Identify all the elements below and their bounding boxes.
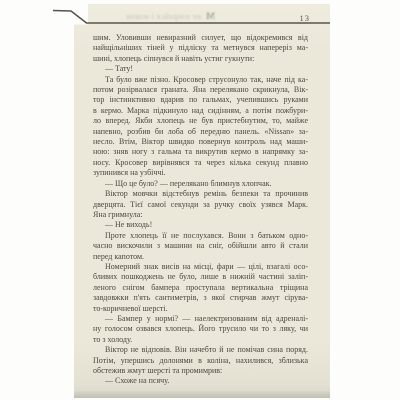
text-line: ну голосом озвався хлопець. Його трусило… — [93, 324, 308, 334]
ghost-running-title: М не озирайся і мовчи — [95, 11, 215, 23]
text-line: леного снігом бампера проступала вертика… — [93, 283, 308, 293]
text-line: дверцята. Тієї самої секунди за ручку св… — [93, 200, 308, 210]
text-line: обстежив жмут шерсті та промимрив: — [93, 366, 308, 376]
text-line: в кермо. Марка підкинуло над сидінням, а… — [93, 106, 308, 116]
page-edge-shadow — [74, 391, 330, 398]
ghost-publisher-logo: М — [206, 11, 215, 23]
text-line: несло. Втім, Віктор швидко повернув конт… — [93, 137, 308, 147]
text-line: зупинився на узбіччі. — [93, 168, 308, 178]
text-line: то з холоду. — [93, 335, 308, 345]
text-line: Та було вже пізно. Кросовер струсонуло т… — [93, 75, 308, 85]
text-line: потом розірвалася граната. Яна перелякан… — [93, 85, 308, 95]
text-line: Потім, упершись долонями в коліна, нахил… — [93, 356, 308, 366]
text-line: часно вискочили з машини на сніг, обійшл… — [93, 241, 308, 251]
text-line: носу. Кросовер вирівнявся та через кільк… — [93, 158, 308, 168]
text-line: завдовжки п'ять сантиметрів, з якої стир… — [93, 293, 308, 303]
text-line: бливих пошкоджень не було, лише в нижній… — [93, 272, 308, 282]
text-line: то-коричневої шерсті. — [93, 304, 308, 314]
book-page: М не озирайся і мовчи 13 шим. Уловивши н… — [74, 4, 330, 398]
text-line: — Що це було? — перелякано блимнув хлопч… — [93, 179, 308, 189]
text-block: шим. Уловивши невиразний силует, що відо… — [93, 33, 308, 387]
text-line: — Бампер у нормі? — наелектризованим від… — [93, 314, 308, 324]
text-line: Віктор мовчки відстебнув ремінь безпеки … — [93, 189, 308, 199]
text-line: Проте хлопець її не послухався. Вони з б… — [93, 231, 308, 241]
text-line: шим. Уловивши невиразний силует, що відо… — [93, 33, 308, 43]
text-line: тор інстинктивно вдарив по гальмах, учеп… — [93, 95, 308, 105]
text-line: ною: зняв ногу з гальма та викрутив керм… — [93, 147, 308, 157]
text-line: — Не виходь! — [93, 220, 308, 230]
text-line: Номерний знак висів на місці, фари — ціл… — [93, 262, 308, 272]
text-line: Віктор не відповів. Він начебто й не пом… — [93, 345, 308, 355]
text-line: — Схоже на псячу. — [93, 376, 308, 386]
book-page-photo: М не озирайся і мовчи 13 шим. Уловивши н… — [0, 0, 400, 400]
text-line: найщільніших тіней у підліску та метнувс… — [93, 43, 308, 53]
page-number: 13 — [300, 13, 311, 23]
text-line: напевно, розбив би лоба об передню панел… — [93, 127, 308, 137]
text-line: шині, хлопець сіпнувся й навіть устиг гу… — [93, 54, 308, 64]
text-line: ло вперед. Якби хлопець не був пристебну… — [93, 116, 308, 126]
text-line: — Тату! — [93, 64, 308, 74]
ghost-running-title-text: не озирайся і мовчи — [126, 11, 201, 23]
text-line: Яна гримнула: — [93, 210, 308, 220]
text-line: перед капотом. — [93, 252, 308, 262]
